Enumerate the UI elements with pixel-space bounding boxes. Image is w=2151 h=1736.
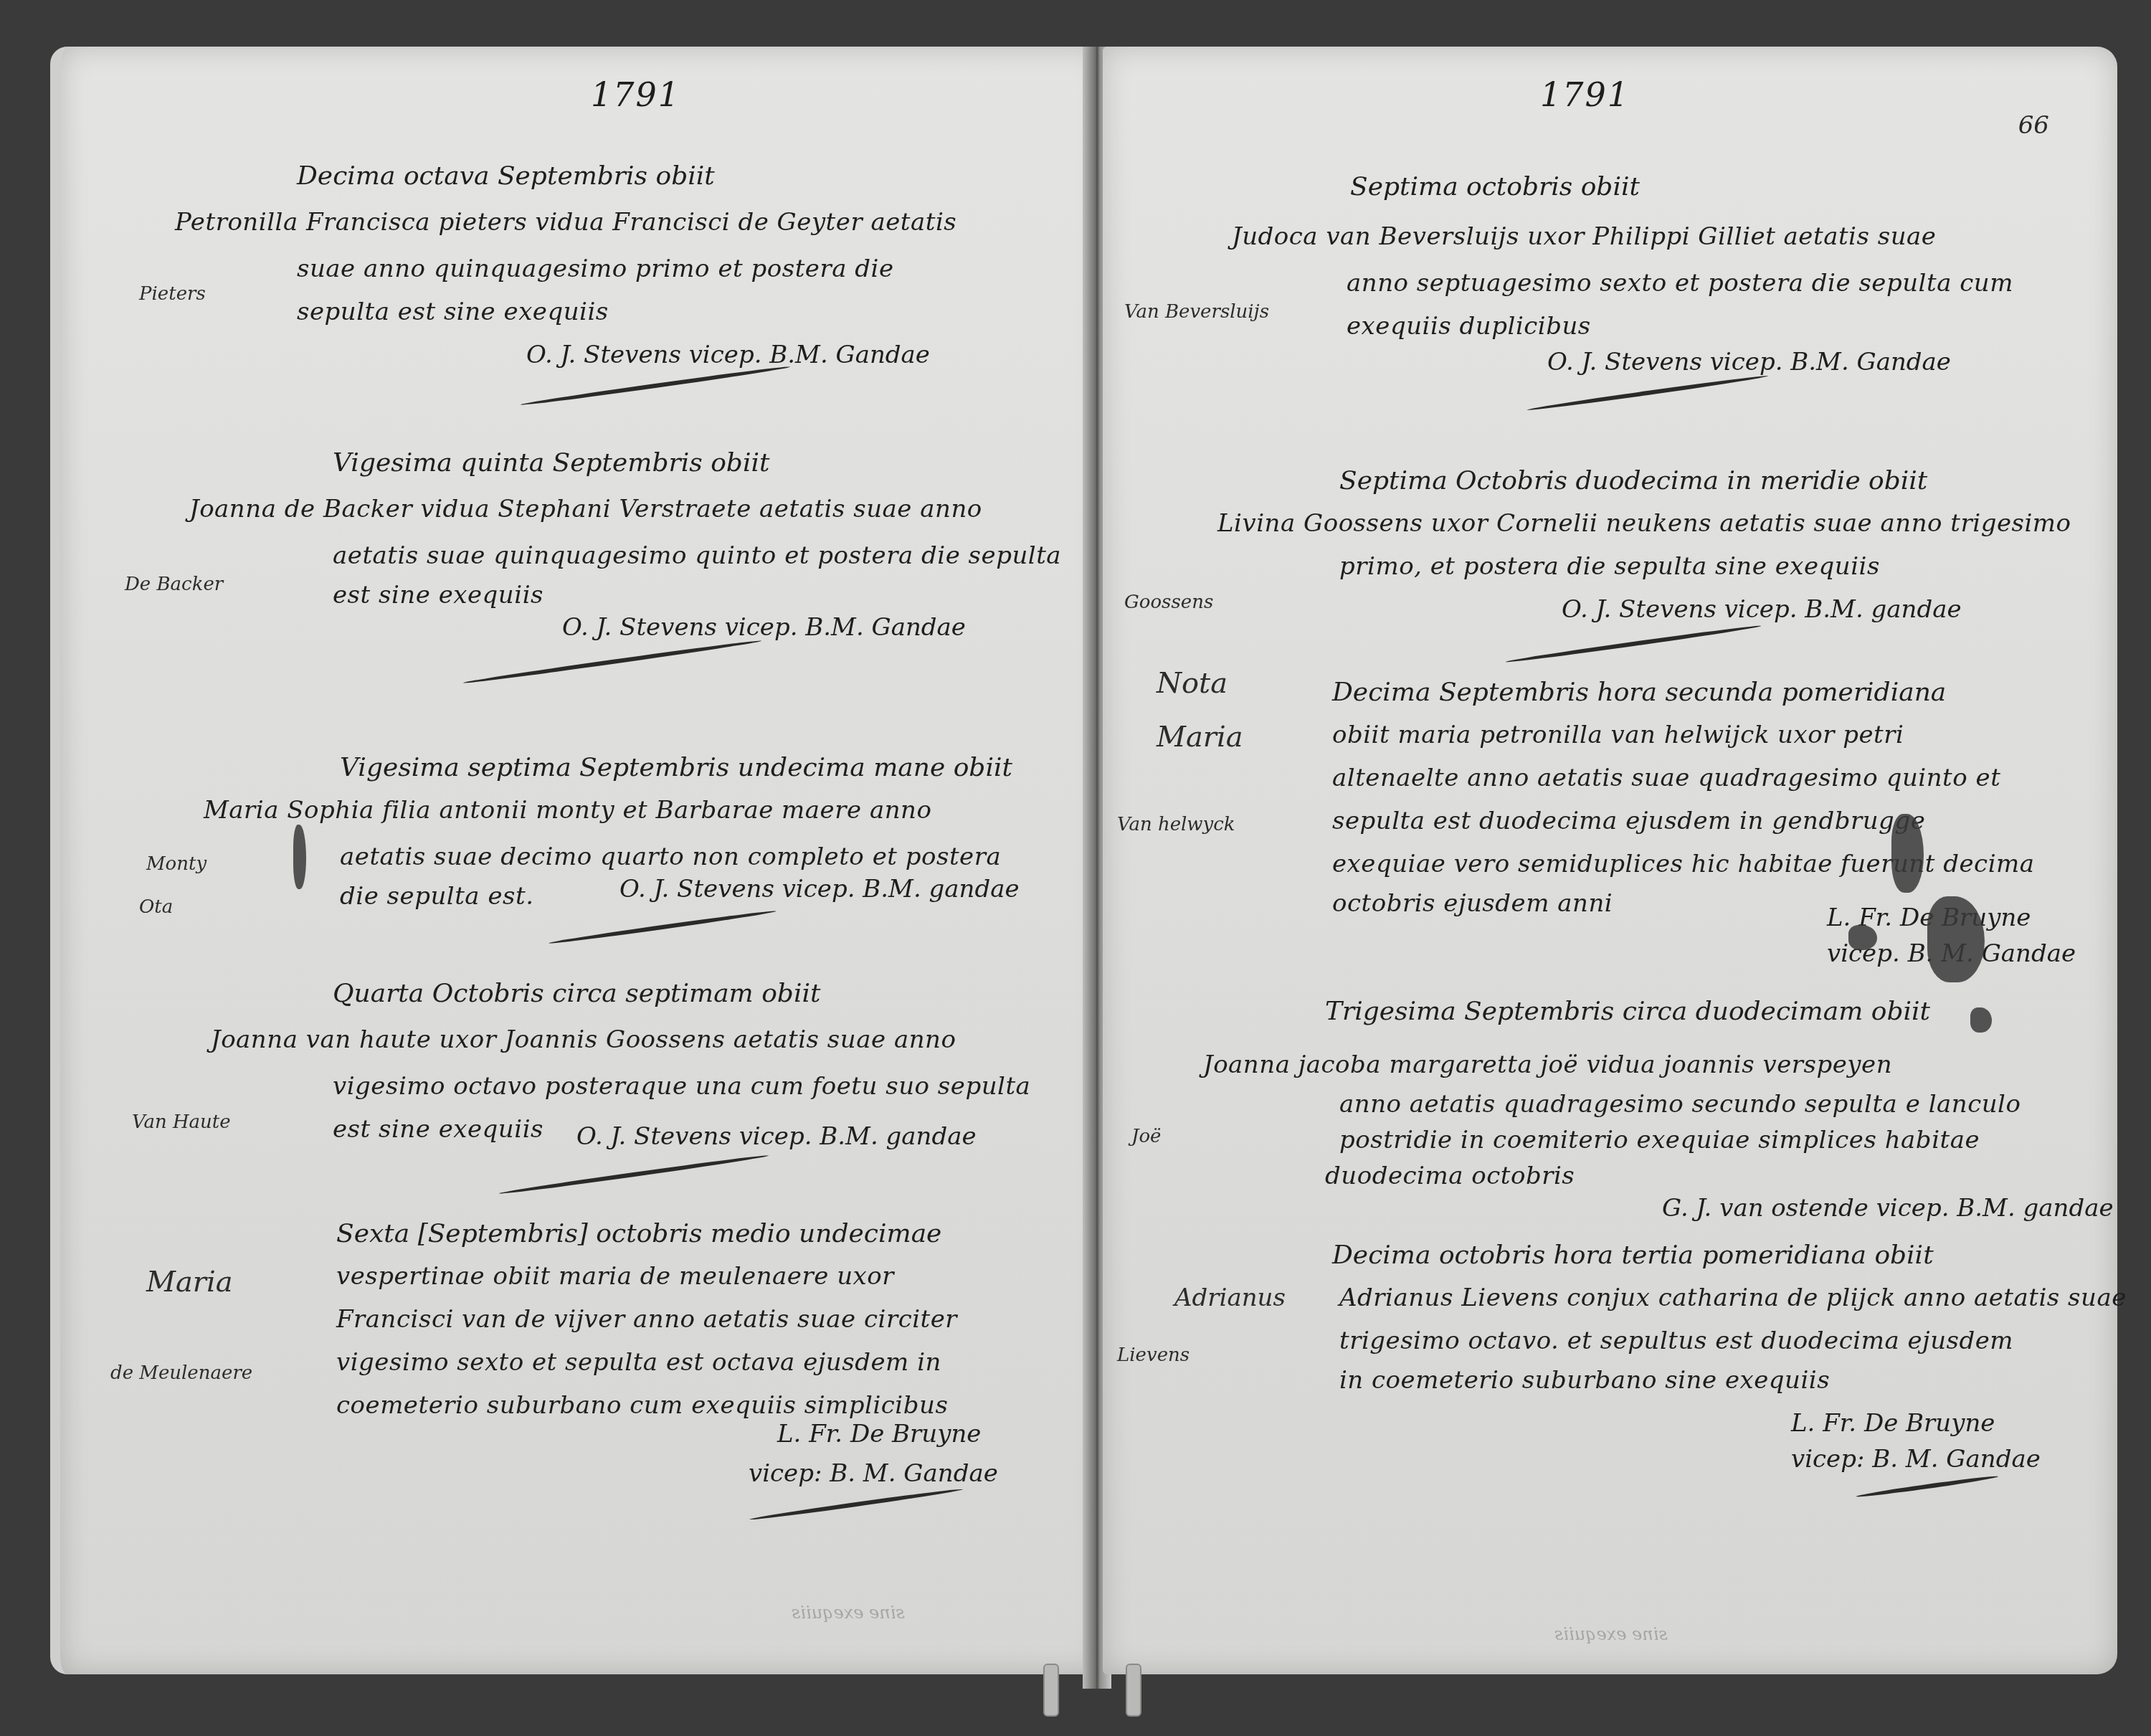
ink-blot bbox=[293, 825, 306, 889]
entry-text-line: vigesimo octavo posteraque una cum foetu… bbox=[333, 1072, 1030, 1101]
priest-signature: L. Fr. De Bruyne bbox=[1791, 1409, 1995, 1438]
entry-text-line: Adrianus Lievens conjux catharina de pli… bbox=[1339, 1284, 2127, 1312]
entry-text-line: octobris ejusdem anni bbox=[1332, 889, 1613, 918]
priest-title: vicep: B. M. Gandae bbox=[749, 1459, 998, 1488]
entry-date-line: Decima octava Septembris obiit bbox=[297, 161, 715, 191]
margin-surname: Joë bbox=[1131, 1126, 1161, 1147]
signature-flourish bbox=[498, 1154, 769, 1196]
entry-text-line: vespertinae obiit maria de meulenaere ux… bbox=[336, 1262, 894, 1291]
entry-text-line: coemeterio suburbano cum exequiis simpli… bbox=[336, 1391, 948, 1420]
entry-text-line: duodecima octobris bbox=[1325, 1162, 1575, 1190]
ink-blot bbox=[1927, 896, 1985, 982]
margin-surname: De Backer bbox=[125, 574, 223, 595]
priest-signature: O. J. Stevens vicep. B.M. gandae bbox=[576, 1122, 977, 1151]
entry-text-line: vigesimo sexto et sepulta est octava eju… bbox=[336, 1348, 941, 1377]
margin-surname: de Meulenaere bbox=[110, 1362, 252, 1384]
priest-signature: O. J. Stevens vicep. B.M. Gandae bbox=[1547, 348, 1951, 376]
margin-given-name: Adrianus bbox=[1174, 1284, 1286, 1312]
priest-title: vicep: B. M. Gandae bbox=[1791, 1445, 2041, 1474]
entry-text-line: obiit maria petronilla van helwijck uxor… bbox=[1332, 721, 1904, 749]
entry-text-line: Francisci van de vijver anno aetatis sua… bbox=[336, 1305, 957, 1334]
entry-date-line: Quarta Octobris circa septimam obiit bbox=[333, 979, 820, 1008]
entry-text-line: Judoca van Beversluijs uxor Philippi Gil… bbox=[1232, 222, 1936, 251]
entry-text-line: est sine exequiis bbox=[333, 1115, 543, 1144]
entry-text-line: suae anno quinquagesimo primo et postera… bbox=[297, 255, 894, 283]
ink-blot bbox=[1891, 814, 1924, 893]
entry-text-line: Livina Goossens uxor Cornelii neukens ae… bbox=[1217, 509, 2071, 538]
entry-text-line: sepulta est duodecima ejusdem in gendbru… bbox=[1332, 807, 1925, 835]
entry-text-line: die sepulta est. bbox=[340, 882, 533, 911]
entry-text-line: primo, et postera die sepulta sine exequ… bbox=[1339, 552, 1880, 581]
ink-blot bbox=[1848, 925, 1877, 950]
priest-signature: L. Fr. De Bruyne bbox=[777, 1420, 981, 1448]
binding-thread bbox=[1126, 1664, 1141, 1717]
entry-text-line: trigesimo octavo. et sepultus est duodec… bbox=[1339, 1327, 2013, 1355]
entry-text-line: anno septuagesimo sexto et postera die s… bbox=[1347, 269, 2013, 298]
page-year: 1791 bbox=[591, 75, 680, 114]
entry-date-line: Vigesima quinta Septembris obiit bbox=[333, 448, 769, 478]
entry-date-line: Trigesima Septembris circa duodecimam ob… bbox=[1325, 997, 1930, 1026]
entry-text-line: sepulta est sine exequiis bbox=[297, 298, 609, 326]
entry-text-line: postridie in coemiterio exequiae simplic… bbox=[1339, 1126, 1980, 1154]
entry-text-line: aetatis suae decimo quarto non completo … bbox=[340, 843, 1001, 871]
entry-date-line: Vigesima septima Septembris undecima man… bbox=[340, 753, 1012, 782]
margin-surname: Monty bbox=[146, 853, 206, 875]
signature-flourish bbox=[549, 909, 777, 945]
entry-text-line: exequiis duplicibus bbox=[1347, 312, 1591, 341]
priest-signature: G. J. van ostende vicep. B.M. gandae bbox=[1662, 1194, 2114, 1223]
signature-flourish bbox=[520, 365, 790, 407]
margin-surname: Van Haute bbox=[132, 1111, 231, 1133]
entry-date-line: Decima Septembris hora secunda pomeridia… bbox=[1332, 678, 1946, 707]
entry-text-line: anno aetatis quadragesimo secundo sepult… bbox=[1339, 1090, 2021, 1119]
priest-signature: O. J. Stevens vicep. B.M. Gandae bbox=[562, 613, 966, 642]
margin-surname: Van Beversluijs bbox=[1124, 301, 1269, 323]
folio-number: 66 bbox=[2018, 111, 2049, 140]
page-year: 1791 bbox=[1540, 75, 1630, 114]
book-spread: 1791 Decima octava Septembris obiit Petr… bbox=[50, 47, 2115, 1689]
entry-date-line: Septima Octobris duodecima in meridie ob… bbox=[1339, 466, 1927, 495]
entry-date-line: Sexta [Septembris] octobris medio undeci… bbox=[336, 1219, 941, 1248]
entry-date-line: Septima octobris obiit bbox=[1350, 172, 1640, 201]
entry-text-line: Maria Sophia filia antonii monty et Barb… bbox=[204, 796, 931, 825]
signature-flourish bbox=[1856, 1474, 1999, 1499]
ink-blot bbox=[1970, 1007, 1992, 1033]
margin-surname: Goossens bbox=[1124, 592, 1213, 613]
bleed-through-text: sine exequiis bbox=[1554, 1624, 1668, 1644]
signature-flourish bbox=[1505, 624, 1761, 664]
binding-thread bbox=[1043, 1664, 1059, 1717]
margin-note: Nota bbox=[1157, 667, 1228, 700]
signature-flourish bbox=[1526, 374, 1769, 412]
margin-note: Ota bbox=[139, 896, 173, 918]
entry-text-line: Joanna de Backer vidua Stephani Verstrae… bbox=[189, 495, 982, 523]
margin-surname: Van helwyck bbox=[1117, 814, 1235, 835]
entry-text-line: est sine exequiis bbox=[333, 581, 543, 610]
margin-given-name: Maria bbox=[1157, 721, 1243, 754]
margin-surname: Pieters bbox=[139, 283, 206, 305]
entry-text-line: Joanna van haute uxor Joannis Goossens a… bbox=[211, 1025, 956, 1054]
right-page: 1791 66 Septima octobris obiit Judoca va… bbox=[1103, 47, 2117, 1674]
left-page: 1791 Decima octava Septembris obiit Petr… bbox=[50, 47, 1103, 1674]
entry-text-line: Joanna jacoba margaretta joë vidua joann… bbox=[1203, 1050, 1892, 1079]
entry-text-line: Petronilla Francisca pieters vidua Franc… bbox=[175, 208, 956, 237]
margin-surname: Lievens bbox=[1117, 1344, 1190, 1366]
entry-text-line: exequiae vero semiduplices hic habitae f… bbox=[1332, 850, 2035, 878]
priest-signature: O. J. Stevens vicep. B.M. gandae bbox=[1562, 595, 1962, 624]
entry-text-line: altenaelte anno aetatis suae quadragesim… bbox=[1332, 764, 2000, 792]
signature-flourish bbox=[463, 639, 762, 685]
margin-given-name: Maria bbox=[146, 1266, 233, 1299]
entry-date-line: Decima octobris hora tertia pomeridiana … bbox=[1332, 1241, 1934, 1270]
bleed-through-text: sine exequiis bbox=[792, 1603, 905, 1623]
priest-signature: O. J. Stevens vicep. B.M. gandae bbox=[619, 875, 1020, 903]
entry-text-line: in coemeterio suburbano sine exequiis bbox=[1339, 1366, 1830, 1395]
entry-text-line: aetatis suae quinquagesimo quinto et pos… bbox=[333, 541, 1061, 570]
priest-signature: O. J. Stevens vicep. B.M. Gandae bbox=[526, 341, 930, 369]
signature-flourish bbox=[749, 1487, 963, 1522]
